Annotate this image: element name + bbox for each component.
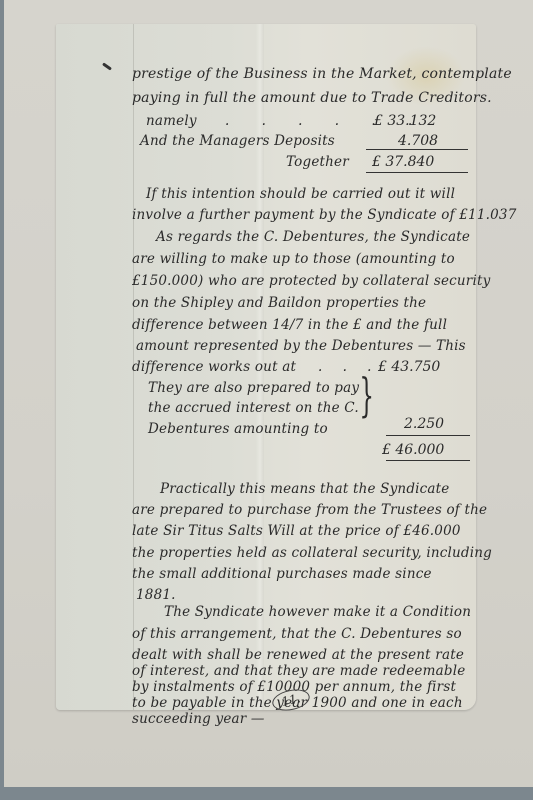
sum-rule xyxy=(366,149,468,150)
text-line: involve a further payment by the Syndica… xyxy=(132,207,517,223)
text-line: As regards the C. Debentures, the Syndic… xyxy=(156,229,470,245)
text-line: on the Shipley and Baildon properties th… xyxy=(132,295,426,311)
amount-managers-deposits: 4.708 xyxy=(398,133,438,149)
sum-rule xyxy=(386,435,470,436)
text-line: are prepared to purchase from the Truste… xyxy=(132,502,487,518)
text-line: amount represented by the Debentures — T… xyxy=(136,338,466,354)
amount-difference: £ 43.750 xyxy=(378,359,440,375)
amount-total: £ 46.000 xyxy=(382,442,444,458)
sum-rule xyxy=(386,460,470,461)
text-line: They are also prepared to pay xyxy=(148,380,359,396)
curly-brace: } xyxy=(359,372,374,418)
text-line: paying in full the amount due to Trade C… xyxy=(132,90,492,106)
text-line: the small additional purchases made sinc… xyxy=(132,566,432,582)
text-line: The Syndicate however make it a Conditio… xyxy=(164,604,471,620)
amount-trade-creditors: £ 33.132 xyxy=(374,113,436,129)
text-line: of interest, and that they are made rede… xyxy=(132,663,465,679)
text-line: succeeding year — xyxy=(132,711,265,727)
text-line: of this arrangement, that the C. Debentu… xyxy=(132,626,462,642)
text-line: late Sir Titus Salts Will at the price o… xyxy=(132,523,461,539)
sum-rule xyxy=(366,172,468,173)
text-line: And the Managers Deposits xyxy=(140,133,335,149)
text-line: the properties held as collateral securi… xyxy=(132,545,492,561)
text-line: Practically this means that the Syndicat… xyxy=(160,481,450,497)
text-line: prestige of the Business in the Market, … xyxy=(132,66,512,82)
text-line: namely xyxy=(146,113,197,129)
text-line: difference works out at xyxy=(132,359,296,375)
amount-accrued-interest: 2.250 xyxy=(404,416,444,432)
text-line: Debentures amounting to xyxy=(148,421,328,437)
text-line: difference between 14/7 in the £ and the… xyxy=(132,317,447,333)
text-line: £150.000) who are protected by collatera… xyxy=(132,273,490,289)
text-line: are willing to make up to those (amounti… xyxy=(132,251,455,267)
text-line: Together xyxy=(286,154,349,170)
text-line: the accrued interest on the C. xyxy=(148,400,359,416)
text-line: dealt with shall be renewed at the prese… xyxy=(132,647,464,663)
text-line: 1881. xyxy=(136,587,176,603)
amount-together: £ 37.840 xyxy=(372,154,434,170)
text-line: If this intention should be carried out … xyxy=(146,186,455,202)
